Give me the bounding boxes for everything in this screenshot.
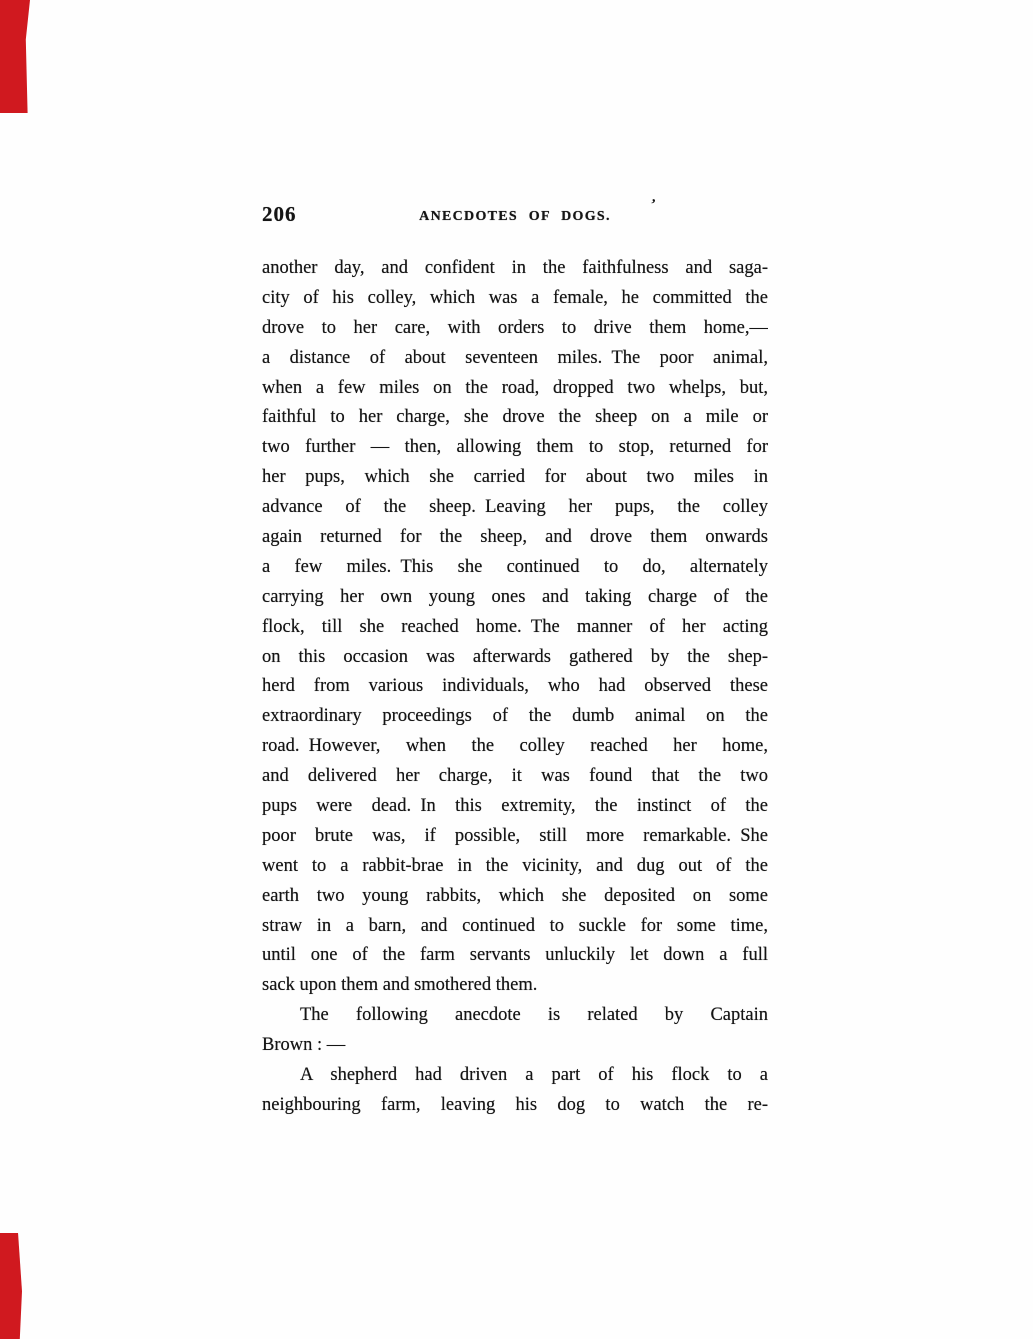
scan-edge-artifact-top bbox=[0, 0, 30, 113]
text-line: pups were dead. In this extremity, the i… bbox=[262, 792, 768, 822]
text-line: earth two young rabbits, which she depos… bbox=[262, 882, 768, 912]
text-line: another day, and confident in the faithf… bbox=[262, 254, 768, 284]
body-text: another day, and confident in the faithf… bbox=[262, 254, 768, 1121]
text-line: a few miles. This she continued to do, a… bbox=[262, 553, 768, 583]
text-line: a distance of about seventeen miles. The… bbox=[262, 344, 768, 374]
text-line: extraordinary proceedings of the dumb an… bbox=[262, 702, 768, 732]
text-line: until one of the farm servants unluckily… bbox=[262, 941, 768, 971]
text-line: two further — then, allowing them to sto… bbox=[262, 433, 768, 463]
text-line: flock, till she reached home. The manner… bbox=[262, 613, 768, 643]
text-line: road. However, when the colley reached h… bbox=[262, 732, 768, 762]
text-line: went to a rabbit-brae in the vicinity, a… bbox=[262, 852, 768, 882]
text-line: on this occasion was afterwards gathered… bbox=[262, 643, 768, 673]
text-line: faithful to her charge, she drove the sh… bbox=[262, 403, 768, 433]
text-line: A shepherd had driven a part of his floc… bbox=[262, 1061, 768, 1091]
text-line: city of his colley, which was a female, … bbox=[262, 284, 768, 314]
text-line: herd from various individuals, who had o… bbox=[262, 672, 768, 702]
text-line: poor brute was, if possible, still more … bbox=[262, 822, 768, 852]
text-line: and delivered her charge, it was found t… bbox=[262, 762, 768, 792]
text-line: The following anecdote is related by Cap… bbox=[262, 1001, 768, 1031]
text-line: drove to her care, with orders to drive … bbox=[262, 314, 768, 344]
running-title: ANECDOTES OF DOGS. bbox=[262, 209, 768, 225]
text-line: advance of the sheep. Leaving her pups, … bbox=[262, 493, 768, 523]
text-line: her pups, which she carried for about tw… bbox=[262, 463, 768, 493]
text-line: again returned for the sheep, and drove … bbox=[262, 523, 768, 553]
text-line: when a few miles on the road, dropped tw… bbox=[262, 374, 768, 404]
text-line: Brown : — bbox=[262, 1031, 768, 1061]
text-line: straw in a barn, and continued to suckle… bbox=[262, 912, 768, 942]
text-line: sack upon them and smothered them. bbox=[262, 971, 768, 1001]
book-page: 206 ANECDOTES OF DOGS. ’ another day, an… bbox=[0, 0, 1033, 1339]
scan-edge-artifact-bottom bbox=[0, 1233, 22, 1339]
text-line: carrying her own young ones and taking c… bbox=[262, 583, 768, 613]
text-line: neighbouring farm, leaving his dog to wa… bbox=[262, 1091, 768, 1121]
